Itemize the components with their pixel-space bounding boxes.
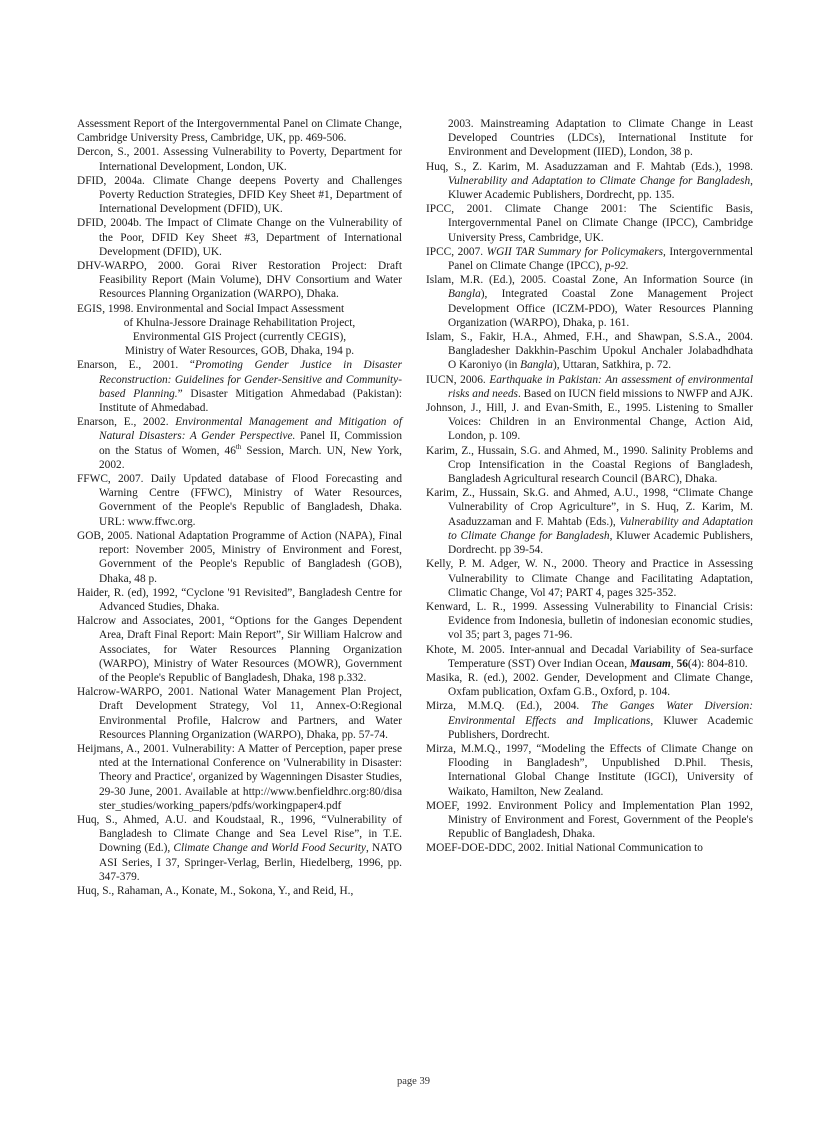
- reference-entry: Karim, Z., Hussain, Sk.G. and Ahmed, A.U…: [426, 486, 753, 557]
- ref-text: IPCC, 2007.: [426, 246, 487, 258]
- reference-entry: Huq, S., Rahaman, A., Konate, M., Sokona…: [77, 884, 402, 898]
- reference-entry: Islam, M.R. (Ed.), 2005. Coastal Zone, A…: [426, 273, 753, 330]
- ref-title: WGII TAR Summary for Policymakers,: [487, 246, 666, 258]
- ref-journal: Mausam: [630, 658, 671, 670]
- ref-text: (4): 804-810.: [688, 658, 748, 670]
- reference-entry: Khote, M. 2005. Inter-annual and Decadal…: [426, 643, 753, 671]
- ref-text: Huq, S., Z. Karim, M. Asaduzzaman and F.…: [426, 161, 753, 173]
- reference-entry: Masika, R. (ed.), 2002. Gender, Developm…: [426, 671, 753, 699]
- ref-language: Bangla: [520, 359, 553, 371]
- reference-entry: DHV-WARPO, 2000. Gorai River Restoration…: [77, 259, 402, 302]
- ref-title: Climate Change and World Food Security: [173, 842, 366, 854]
- ref-text: . Based on IUCN field missions to NWFP a…: [518, 388, 753, 400]
- reference-entry: DFID, 2004a. Climate Change deepens Pove…: [77, 174, 402, 217]
- reference-entry: MOEF, 1992. Environment Policy and Imple…: [426, 799, 753, 842]
- reference-entry: Halcrow and Associates, 2001, “Options f…: [77, 614, 402, 685]
- reference-entry: Huq, S., Ahmed, A.U. and Koudstaal, R., …: [77, 813, 402, 884]
- reference-entry: Johnson, J., Hill, J. and Evan-Smith, E.…: [426, 401, 753, 444]
- ref-text: ), Integrated Coastal Zone Management Pr…: [448, 288, 753, 328]
- ref-text: Enarson, E., 2002.: [77, 416, 175, 428]
- reference-entry: Assessment Report of the Intergovernment…: [77, 117, 402, 145]
- ref-text: ), Uttaran, Satkhira, p. 72.: [553, 359, 671, 371]
- reference-entry: Karim, Z., Hussain, S.G. and Ahmed, M., …: [426, 444, 753, 487]
- reference-entry: Kenward, L. R., 1999. Assessing Vulnerab…: [426, 600, 753, 643]
- reference-entry-egis: EGIS, 1998. Environmental and Social Imp…: [77, 302, 402, 359]
- ref-text: Mirza, M.M.Q. (Ed.), 2004.: [426, 700, 591, 712]
- reference-entry: DFID, 2004b. The Impact of Climate Chang…: [77, 216, 402, 259]
- reference-entry: IPCC, 2001. Climate Change 2001: The Sci…: [426, 202, 753, 245]
- reference-entry: Mirza, M.M.Q., 1997, “Modeling the Effec…: [426, 742, 753, 799]
- reference-entry: Mirza, M.M.Q. (Ed.), 2004. The Ganges Wa…: [426, 699, 753, 742]
- reference-entry: Heijmans, A., 2001. Vulnerability: A Mat…: [77, 742, 402, 813]
- ref-text: Enarson, E., 2001. “: [77, 359, 195, 371]
- page-number: page 39: [0, 1076, 827, 1087]
- reference-entry: Haider, R. (ed), 1992, “Cyclone '91 Revi…: [77, 586, 402, 614]
- reference-line: Ministry of Water Resources, GOB, Dhaka,…: [77, 344, 402, 358]
- reference-entry: Dercon, S., 2001. Assessing Vulnerabilit…: [77, 145, 402, 173]
- reference-entry: IPCC, 2007. WGII TAR Summary for Policym…: [426, 245, 753, 273]
- ref-text: IUCN, 2006.: [426, 374, 489, 386]
- reference-entry: GOB, 2005. National Adaptation Programme…: [77, 529, 402, 586]
- right-column: 2003. Mainstreaming Adaptation to Climat…: [426, 117, 753, 856]
- reference-entry: IUCN, 2006. Earthquake in Pakistan: An a…: [426, 373, 753, 401]
- reference-entry: Halcrow-WARPO, 2001. National Water Mana…: [77, 685, 402, 742]
- ref-title: Vulnerability and Adaptation to Climate …: [448, 175, 750, 187]
- reference-entry: Islam, S., Fakir, H.A., Ahmed, F.H., and…: [426, 330, 753, 373]
- reference-entry: Enarson, E., 2002. Environmental Managem…: [77, 415, 402, 472]
- ref-pages: p-92.: [605, 260, 629, 272]
- reference-line: EGIS, 1998. Environmental and Social Imp…: [77, 302, 402, 316]
- ref-text: Islam, M.R. (Ed.), 2005. Coastal Zone, A…: [426, 274, 753, 286]
- reference-line: Environmental GIS Project (currently CEG…: [77, 330, 402, 344]
- reference-entry: Enarson, E., 2001. “Promoting Gender Jus…: [77, 358, 402, 415]
- reference-entry: FFWC, 2007. Daily Updated database of Fl…: [77, 472, 402, 529]
- ref-volume: 56: [677, 658, 688, 670]
- ref-language: Bangla: [448, 288, 481, 300]
- reference-entry: 2003. Mainstreaming Adaptation to Climat…: [426, 117, 753, 160]
- reference-entry: Huq, S., Z. Karim, M. Asaduzzaman and F.…: [426, 160, 753, 203]
- reference-line: of Khulna-Jessore Drainage Rehabilitatio…: [77, 316, 402, 330]
- reference-entry: Kelly, P. M. Adger, W. N., 2000. Theory …: [426, 557, 753, 600]
- left-column: Assessment Report of the Intergovernment…: [77, 117, 402, 898]
- reference-entry: MOEF-DOE-DDC, 2002. Initial National Com…: [426, 841, 753, 855]
